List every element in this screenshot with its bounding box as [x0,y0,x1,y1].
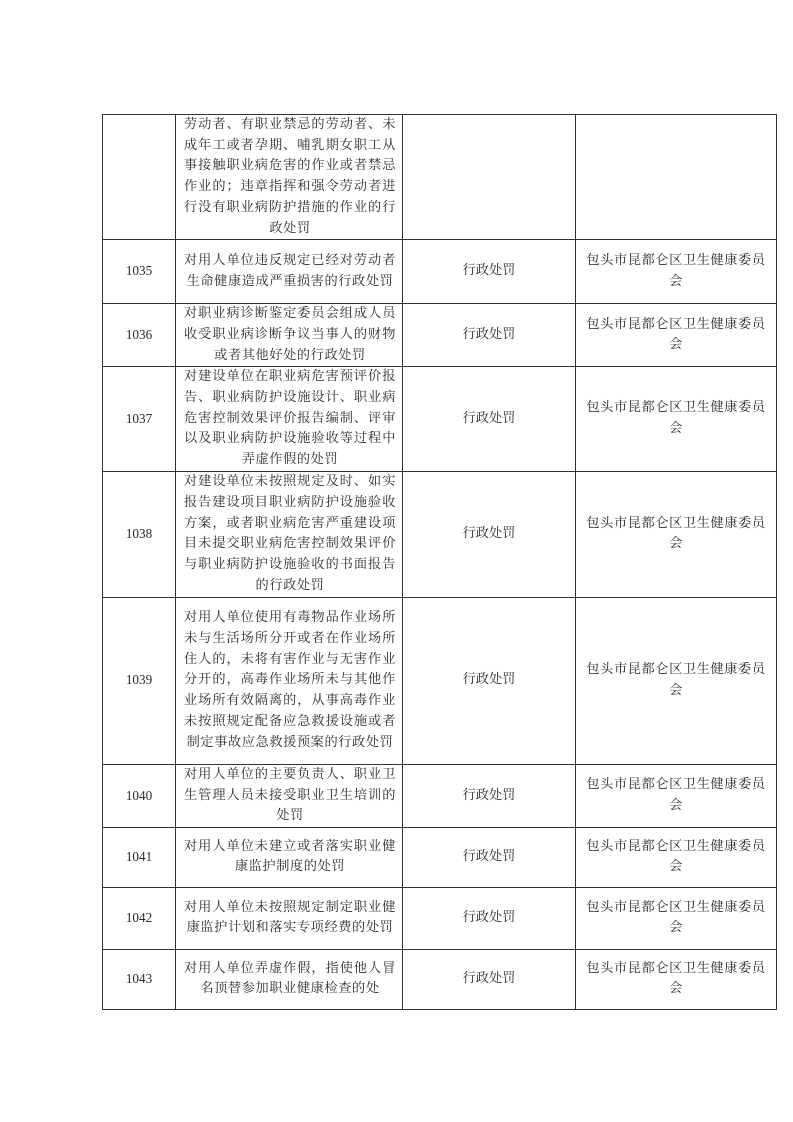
item-department: 包头市昆都仑区卫生健康委员会 [576,315,776,356]
item-number: 1039 [103,597,176,764]
item-number: 1036 [103,304,176,367]
item-type: 行政处罚 [403,827,576,887]
item-number: 1041 [103,827,176,887]
item-number: 1042 [103,887,176,949]
table-row: 1035 对用人单位违反规定已经对劳动者生命健康造成严重损害的行政处罚 行政处罚… [103,240,777,304]
item-type: 行政处罚 [403,887,576,949]
item-department: 包头市昆都仑区卫生健康委员会 [576,898,776,939]
item-department: 包头市昆都仑区卫生健康委员会 [576,251,776,292]
item-name: 对用人单位未按照规定制定职业健康监护计划和落实专项经费的处罚 [176,898,402,939]
item-name: 对用人单位未建立或者落实职业健康监护制度的处罚 [176,837,402,878]
item-name: 对建设单位在职业病危害预评价报告、职业病防护设施设计、职业病危害控制效果评价报告… [176,367,402,471]
item-department-cell: 包头市昆都仑区卫生健康委员会 [576,304,777,367]
item-type [403,115,576,240]
item-department: 包头市昆都仑区卫生健康委员会 [576,398,776,439]
item-type: 行政处罚 [403,597,576,764]
item-name-cell: 对用人单位未按照规定制定职业健康监护计划和落实专项经费的处罚 [176,887,403,949]
item-name: 对用人单位的主要负责人、职业卫生管理人员未接受职业卫生培训的处罚 [176,765,402,827]
item-department-cell: 包头市昆都仑区卫生健康委员会 [576,367,777,472]
item-name-cell: 对建设单位在职业病危害预评价报告、职业病防护设施设计、职业病危害控制效果评价报告… [176,367,403,472]
item-type: 行政处罚 [403,304,576,367]
table-row: 劳动者、有职业禁忌的劳动者、未成年工或者孕期、哺乳期女职工从事接触职业病危害的作… [103,115,777,240]
item-type: 行政处罚 [403,949,576,1009]
item-name: 劳动者、有职业禁忌的劳动者、未成年工或者孕期、哺乳期女职工从事接触职业病危害的作… [176,115,402,239]
item-name-cell: 对用人单位违反规定已经对劳动者生命健康造成严重损害的行政处罚 [176,240,403,304]
item-department: 包头市昆都仑区卫生健康委员会 [576,775,776,816]
table-row: 1041 对用人单位未建立或者落实职业健康监护制度的处罚 行政处罚 包头市昆都仑… [103,827,777,887]
item-name-cell: 对用人单位未建立或者落实职业健康监护制度的处罚 [176,827,403,887]
item-department-cell: 包头市昆都仑区卫生健康委员会 [576,240,777,304]
item-department-cell: 包头市昆都仑区卫生健康委员会 [576,949,777,1009]
item-department: 包头市昆都仑区卫生健康委员会 [576,837,776,878]
item-type: 行政处罚 [403,367,576,472]
table-row: 1038 对建设单位未按照规定及时、如实报告建设项目职业病防护设施验收方案，或者… [103,471,777,597]
item-name: 对职业病诊断鉴定委员会组成人员收受职业病诊断争议当事人的财物或者其他好处的行政处… [176,304,402,366]
item-number: 1043 [103,949,176,1009]
item-department: 包头市昆都仑区卫生健康委员会 [576,660,776,701]
table-row: 1042 对用人单位未按照规定制定职业健康监护计划和落实专项经费的处罚 行政处罚… [103,887,777,949]
table-row: 1043 对用人单位弄虚作假，指使他人冒名顶替参加职业健康检查的处 行政处罚 包… [103,949,777,1009]
table-row: 1040 对用人单位的主要负责人、职业卫生管理人员未接受职业卫生培训的处罚 行政… [103,764,777,827]
item-number: 1040 [103,764,176,827]
item-number [103,115,176,240]
item-type: 行政处罚 [403,471,576,597]
table-row: 1036 对职业病诊断鉴定委员会组成人员收受职业病诊断争议当事人的财物或者其他好… [103,304,777,367]
item-name: 对用人单位弄虚作假，指使他人冒名顶替参加职业健康检查的处 [176,959,402,1000]
item-name-cell: 对建设单位未按照规定及时、如实报告建设项目职业病防护设施验收方案，或者职业病危害… [176,471,403,597]
item-number: 1037 [103,367,176,472]
item-name: 对用人单位违反规定已经对劳动者生命健康造成严重损害的行政处罚 [176,251,402,292]
item-department-cell: 包头市昆都仑区卫生健康委员会 [576,764,777,827]
item-name-cell: 对用人单位的主要负责人、职业卫生管理人员未接受职业卫生培训的处罚 [176,764,403,827]
item-department-cell [576,115,777,240]
item-number: 1035 [103,240,176,304]
item-name: 对建设单位未按照规定及时、如实报告建设项目职业病防护设施验收方案，或者职业病危害… [176,472,402,596]
item-department-cell: 包头市昆都仑区卫生健康委员会 [576,827,777,887]
item-department-cell: 包头市昆都仑区卫生健康委员会 [576,597,777,764]
authority-list-table: 劳动者、有职业禁忌的劳动者、未成年工或者孕期、哺乳期女职工从事接触职业病危害的作… [102,114,777,1010]
item-type: 行政处罚 [403,240,576,304]
item-department-cell: 包头市昆都仑区卫生健康委员会 [576,471,777,597]
item-department: 包头市昆都仑区卫生健康委员会 [576,514,776,555]
item-name: 对用人单位使用有毒物品作业场所未与生活场所分开或者在作业场所住人的，未将有害作业… [176,608,402,753]
table-row: 1037 对建设单位在职业病危害预评价报告、职业病防护设施设计、职业病危害控制效… [103,367,777,472]
item-name-cell: 对用人单位使用有毒物品作业场所未与生活场所分开或者在作业场所住人的，未将有害作业… [176,597,403,764]
item-name-cell: 对用人单位弄虚作假，指使他人冒名顶替参加职业健康检查的处 [176,949,403,1009]
item-name-cell: 对职业病诊断鉴定委员会组成人员收受职业病诊断争议当事人的财物或者其他好处的行政处… [176,304,403,367]
item-type: 行政处罚 [403,764,576,827]
item-number: 1038 [103,471,176,597]
item-department: 包头市昆都仑区卫生健康委员会 [576,959,776,1000]
table-row: 1039 对用人单位使用有毒物品作业场所未与生活场所分开或者在作业场所住人的，未… [103,597,777,764]
item-department-cell: 包头市昆都仑区卫生健康委员会 [576,887,777,949]
item-name-cell: 劳动者、有职业禁忌的劳动者、未成年工或者孕期、哺乳期女职工从事接触职业病危害的作… [176,115,403,240]
